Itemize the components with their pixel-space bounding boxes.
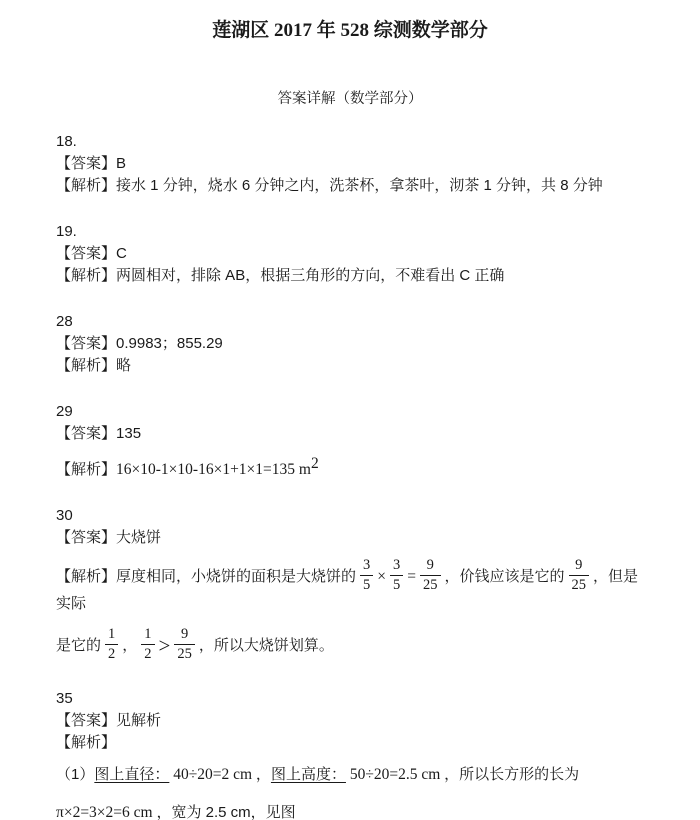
answer-label: 【答案】 <box>56 712 116 729</box>
text-segment: 图上高度： <box>271 766 346 783</box>
text-segment: 图上直径： <box>94 766 169 783</box>
question-number: 18. <box>56 131 644 153</box>
answer-line: 【答案】0.9983；855.29 <box>56 333 644 355</box>
answer-label: 【答案】 <box>56 245 116 262</box>
question-number: 29 <box>56 401 644 423</box>
text-segment: ，宽为 <box>156 804 205 820</box>
answer-line: 【答案】大烧饼 <box>56 527 644 549</box>
text-segment: ， <box>122 637 137 654</box>
section-19: 19. 【答案】C 【解析】两圆相对，排除 AB，根据三角形的方向，不难看出 C… <box>56 221 644 287</box>
fraction-denominator: 2 <box>105 645 118 663</box>
section-28: 28 【答案】0.9983；855.29 【解析】略 <box>56 311 644 377</box>
fraction-denominator: 25 <box>174 645 195 663</box>
analysis-text: （1）图上直径： 40÷20=2 cm ，图上高度： 50÷20=2.5 cm … <box>56 766 579 783</box>
fraction: 35 <box>360 557 373 593</box>
text-segment: = <box>407 568 416 585</box>
section-30: 30 【答案】大烧饼 【解析】厚度相同，小烧饼的面积是大烧饼的35×35=925… <box>56 505 644 664</box>
text-segment: π×2=3×2=6 cm <box>56 804 156 820</box>
analysis-line: 【解析】厚度相同，小烧饼的面积是大烧饼的35×35=925，价钱应该是它的925… <box>56 559 644 614</box>
text-segment: 大烧饼 <box>116 529 161 546</box>
analysis-text: 略 <box>116 357 131 374</box>
superscript: 2 <box>311 455 319 472</box>
analysis-label: 【解析】 <box>56 357 116 374</box>
text-segment: ，所以长方形的长为 <box>444 766 579 783</box>
analysis-label: 【解析】 <box>56 461 116 478</box>
analysis-label: 【解析】 <box>56 267 116 284</box>
fraction: 925 <box>420 557 441 593</box>
text-segment: 50÷20=2.5 cm <box>346 766 444 783</box>
text-segment: > <box>159 634 171 658</box>
fraction-numerator: 1 <box>105 626 118 645</box>
analysis-text: 是它的12，12>925，所以大烧饼划算。 <box>56 637 334 654</box>
question-number: 30 <box>56 505 644 527</box>
analysis-label: 【解析】 <box>56 177 116 194</box>
answers-content: 18. 【答案】B 【解析】接水 1 分钟，烧水 6 分钟之内，洗茶杯，拿茶叶，… <box>0 131 700 820</box>
text-segment: 略 <box>116 357 131 374</box>
text-segment: 是它的 <box>56 637 101 654</box>
answer-line: 【答案】C <box>56 243 644 265</box>
fraction-numerator: 9 <box>420 557 441 576</box>
section-18: 18. 【答案】B 【解析】接水 1 分钟，烧水 6 分钟之内，洗茶杯，拿茶叶，… <box>56 131 644 197</box>
fraction: 12 <box>105 626 118 662</box>
analysis-line: 【解析】16×10-1×10-16×1+1×1=135 m2 <box>56 453 644 481</box>
text-segment: 见解析 <box>116 712 161 729</box>
text-segment: ，价钱应该是它的 <box>445 568 565 585</box>
analysis-continuation-line: 是它的12，12>925，所以大烧饼划算。 <box>56 628 644 664</box>
answer-value: B <box>116 155 126 172</box>
fraction-denominator: 5 <box>390 576 403 594</box>
question-number: 19. <box>56 221 644 243</box>
section-29: 29 【答案】135 【解析】16×10-1×10-16×1+1×1=135 m… <box>56 401 644 481</box>
answer-line: 【答案】见解析 <box>56 710 644 732</box>
analysis-line: 【解析】 <box>56 732 644 754</box>
fraction-denominator: 25 <box>420 576 441 594</box>
text-segment: 两圆相对，排除 AB，根据三角形的方向，不难看出 C 正确 <box>116 267 504 284</box>
answer-label: 【答案】 <box>56 529 116 546</box>
answer-label: 【答案】 <box>56 335 116 352</box>
text-segment: 16×10-1×10-16×1+1×1=135 m <box>116 461 311 478</box>
analysis-text: 两圆相对，排除 AB，根据三角形的方向，不难看出 C 正确 <box>116 267 504 284</box>
analysis-text: 接水 1 分钟，烧水 6 分钟之内，洗茶杯，拿茶叶，沏茶 1 分钟，共 8 分钟 <box>116 177 603 194</box>
text-segment: × <box>377 568 386 585</box>
fraction-numerator: 3 <box>360 557 373 576</box>
analysis-text: 16×10-1×10-16×1+1×1=135 m2 <box>116 461 319 478</box>
page-title: 莲湖区 2017 年 528 综测数学部分 <box>0 0 700 42</box>
fraction-denominator: 5 <box>360 576 373 594</box>
fraction: 35 <box>390 557 403 593</box>
text-segment: ， <box>256 766 271 783</box>
analysis-line: 【解析】略 <box>56 355 644 377</box>
analysis-label: 【解析】 <box>56 568 116 585</box>
answer-line: 【答案】B <box>56 153 644 175</box>
answer-label: 【答案】 <box>56 155 116 172</box>
text-segment: 135 <box>116 425 141 442</box>
fraction-numerator: 3 <box>390 557 403 576</box>
text-segment: B <box>116 155 126 172</box>
analysis-step-1-continuation-line: π×2=3×2=6 cm ，宽为 2.5 cm，见图 <box>56 802 644 820</box>
answer-line: 【答案】135 <box>56 423 644 445</box>
section-35: 35 【答案】见解析 【解析】 （1）图上直径： 40÷20=2 cm ，图上高… <box>56 688 644 820</box>
analysis-label: 【解析】 <box>56 734 116 751</box>
answer-value: 135 <box>116 425 141 442</box>
fraction-numerator: 9 <box>569 557 590 576</box>
analysis-text: π×2=3×2=6 cm ，宽为 2.5 cm，见图 <box>56 804 296 820</box>
answer-label: 【答案】 <box>56 425 116 442</box>
answer-value: 见解析 <box>116 712 161 729</box>
answer-value: C <box>116 245 127 262</box>
text-segment: 2.5 cm <box>206 804 251 820</box>
document-page: 莲湖区 2017 年 528 综测数学部分 答案详解（数学部分） 18. 【答案… <box>0 0 700 820</box>
fraction-denominator: 2 <box>141 645 154 663</box>
answer-value: 0.9983；855.29 <box>116 335 223 352</box>
question-number: 28 <box>56 311 644 333</box>
text-segment: 接水 1 分钟，烧水 6 分钟之内，洗茶杯，拿茶叶，沏茶 1 分钟，共 8 分钟 <box>116 177 603 194</box>
text-segment: 40÷20=2 cm <box>169 766 256 783</box>
question-number: 35 <box>56 688 644 710</box>
text-segment: ，见图 <box>251 804 296 820</box>
fraction: 925 <box>174 626 195 662</box>
text-segment: C <box>116 245 127 262</box>
text-segment: ，所以大烧饼划算。 <box>199 637 334 654</box>
analysis-line: 【解析】两圆相对，排除 AB，根据三角形的方向，不难看出 C 正确 <box>56 265 644 287</box>
analysis-line: 【解析】接水 1 分钟，烧水 6 分钟之内，洗茶杯，拿茶叶，沏茶 1 分钟，共 … <box>56 175 644 197</box>
text-segment: 厚度相同，小烧饼的面积是大烧饼的 <box>116 568 356 585</box>
analysis-step-1-line: （1）图上直径： 40÷20=2 cm ，图上高度： 50÷20=2.5 cm … <box>56 764 644 786</box>
page-subtitle: 答案详解（数学部分） <box>0 87 700 108</box>
fraction-numerator: 9 <box>174 626 195 645</box>
fraction: 12 <box>141 626 154 662</box>
fraction-denominator: 25 <box>569 576 590 594</box>
text-segment: 0.9983；855.29 <box>116 335 223 352</box>
fraction-numerator: 1 <box>141 626 154 645</box>
fraction: 925 <box>569 557 590 593</box>
analysis-text: 厚度相同，小烧饼的面积是大烧饼的35×35=925，价钱应该是它的925，但是实… <box>56 568 638 612</box>
text-segment: （1） <box>56 766 94 783</box>
answer-value: 大烧饼 <box>116 529 161 546</box>
